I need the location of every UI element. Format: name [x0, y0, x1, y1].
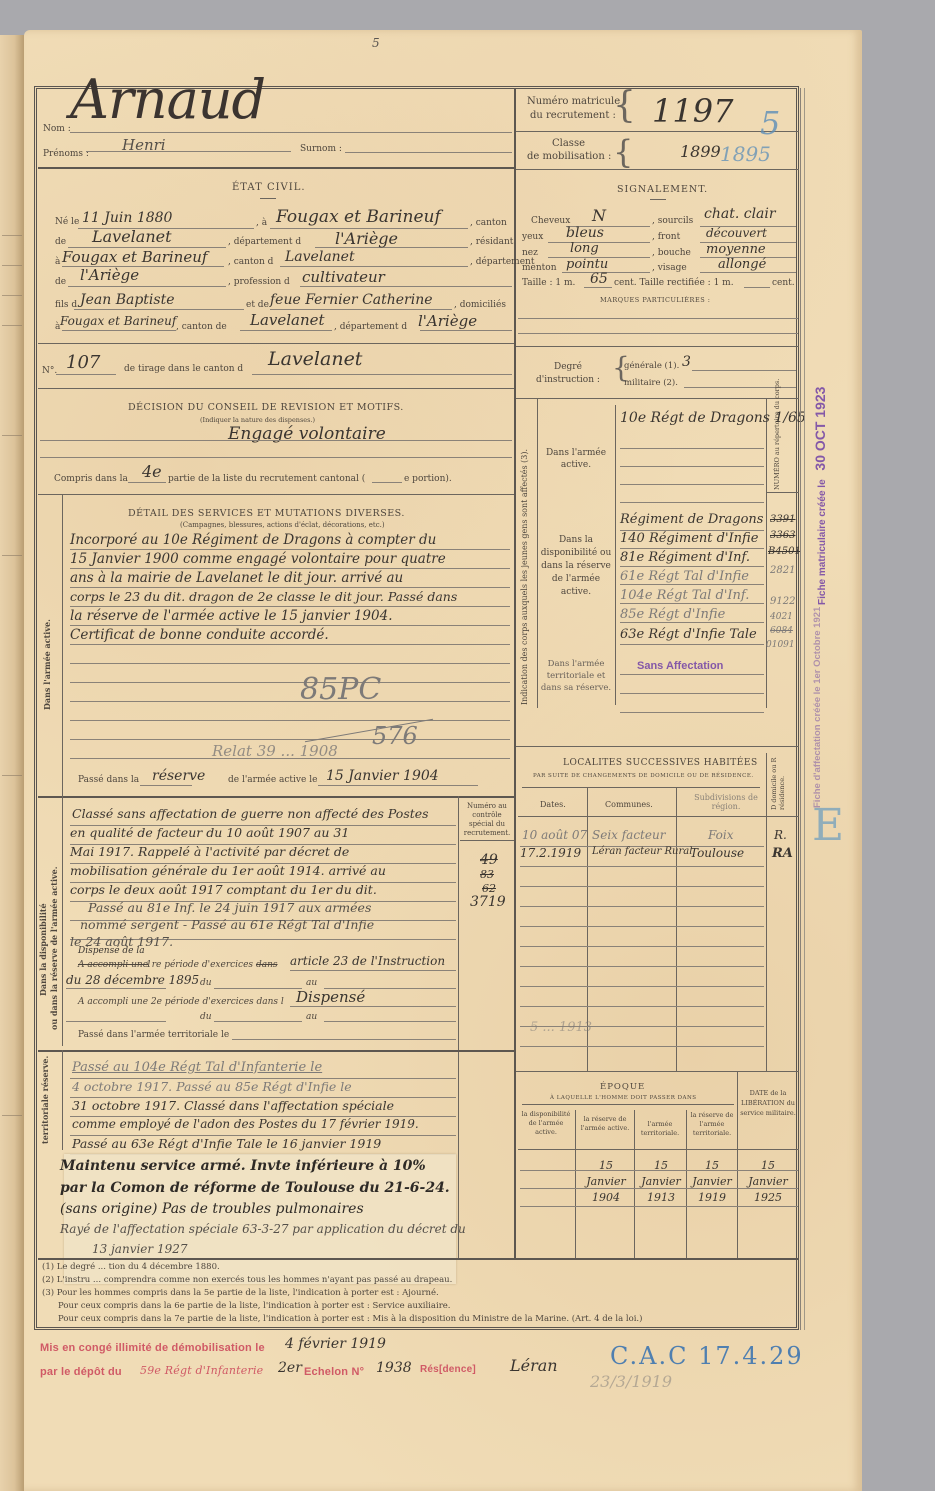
- profession-value: cultivateur: [302, 268, 385, 286]
- controle-value: 83: [480, 868, 494, 881]
- services-title: DÉTAIL DES SERVICES ET MUTATIONS DIVERSE…: [128, 508, 405, 519]
- slip-line: (sans origine) Pas de troubles pulmonair…: [60, 1201, 364, 1217]
- territoriale-line: Passé au 63e Régt d'Infie Tale le 16 jan…: [72, 1136, 381, 1151]
- classe-label-2: de mobilisation :: [527, 151, 611, 162]
- raye-line: Rayé de l'affectation spéciale 63-3-27 p…: [60, 1222, 466, 1236]
- departement-naissance-value: l'Ariège: [335, 229, 398, 248]
- periode1-value: article 23 de l'Instruction: [290, 954, 445, 968]
- departement-residence-value: l'Ariège: [80, 266, 139, 284]
- taille-value: 65: [590, 271, 608, 287]
- corps-numero: B4501: [768, 546, 801, 557]
- echelon-label: Echelon N°: [304, 1366, 364, 1378]
- controle-value: 3719: [470, 894, 506, 910]
- residence-value: Léran: [510, 1356, 558, 1375]
- territoriale-line: comme employé de l'adon des Postes du 17…: [72, 1117, 419, 1131]
- lieu-naissance-value: Fougax et Barineuf: [276, 207, 441, 227]
- nom-label: Nom :: [43, 124, 71, 134]
- epoque-header: DATE de la LIBÉRATION du service militai…: [740, 1088, 796, 1118]
- disponibilite-line: mobilisation générale du 1er août 1914. …: [70, 863, 386, 878]
- footnote: (1) Le degré ... tion du 4 décembre 1880…: [42, 1262, 220, 1272]
- blue-letter-mark: E: [812, 800, 844, 851]
- echelon-value: 2er: [278, 1360, 302, 1376]
- footnote: Pour ceux compris dans la 7e partie de l…: [58, 1314, 642, 1324]
- bouche-value: moyenne: [706, 242, 766, 257]
- raye-line: 13 janvier 1927: [92, 1242, 188, 1256]
- territoriale-line: 31 octobre 1917. Classé dans l'affectati…: [72, 1098, 394, 1113]
- passe-reserve-value: réserve: [152, 768, 205, 784]
- epoque-value: 15 Janvier 1904: [578, 1158, 634, 1206]
- disponibilite-side-label-2: ou dans la réserve de l'armée active.: [49, 866, 59, 1030]
- controle-value: 49: [480, 852, 498, 868]
- left-page-edge: [0, 35, 24, 1491]
- corps-disponibilite-value: 63e Régt d'Infie Tale: [620, 627, 757, 642]
- classe-blue-mark: 5: [760, 104, 780, 142]
- services-line: Incorporé au 10e Régiment de Dragons à c…: [70, 532, 436, 548]
- residence-label: Rés[dence]: [420, 1364, 476, 1375]
- epoque-title: ÉPOQUE: [600, 1082, 645, 1092]
- pencil-note: Relat 39 ... 1908: [212, 742, 338, 760]
- slip-line: par la Comon de réforme de Toulouse du 2…: [60, 1180, 450, 1196]
- services-line: 15 Janvier 1900 comme engagé volontaire …: [70, 551, 446, 567]
- pencil-note: 85PC: [300, 672, 381, 707]
- epoque-value: 15 Janvier 1913: [634, 1158, 688, 1206]
- localites-header: Dates.: [540, 800, 566, 809]
- corps-active-value: 10e Régt de Dragons 1/65: [620, 410, 806, 426]
- localites-header: D domicile ou R résidence.: [770, 754, 786, 810]
- disponibilite-line: Classé sans affectation de guerre non af…: [72, 806, 429, 821]
- corps-active-label: Dans l'armée active.: [540, 447, 612, 471]
- periode1-value-2: du 28 décembre 1895: [66, 973, 199, 987]
- domicile-parents-value: Fougax et Barineuf: [60, 314, 176, 328]
- pere-value: Jean Baptiste: [80, 292, 175, 308]
- disponibilite-line: Mai 1917. Rappelé à l'activité par décre…: [70, 844, 349, 859]
- matricule-value: 1197: [652, 92, 733, 130]
- nez-value: long: [570, 241, 599, 256]
- surnom-label: Surnom :: [300, 144, 342, 154]
- departement-parents-value: l'Ariège: [418, 312, 477, 330]
- front-value: découvert: [706, 226, 767, 240]
- footnote: (2) L'instru ... comprendra comme non ex…: [42, 1275, 452, 1285]
- tirage-numero-value: 107: [66, 352, 100, 373]
- corps-numero: 4021: [770, 612, 793, 622]
- services-line: la réserve de l'armée active le 15 janvi…: [70, 608, 392, 624]
- services-line: Certificat de bonne conduite accordé.: [70, 627, 329, 643]
- demobilisation-date: 4 février 1919: [285, 1336, 386, 1352]
- corps-numero: 9122: [770, 596, 795, 607]
- disponibilite-line: corps le deux août 1917 comptant du 1er …: [70, 882, 377, 897]
- cheveux-value: N: [592, 206, 606, 225]
- corps-numero: 3363: [770, 530, 795, 541]
- fiche-matricule-stamp: Fiche matriculaire créée le 30 OCT 1923: [812, 387, 828, 605]
- localites-header: Communes.: [605, 800, 653, 809]
- corps-disponibilite-value: 104e Régt Tal d'Inf.: [620, 588, 749, 603]
- controle-header: Numéro au contrôle spécial du recrutemen…: [463, 802, 511, 838]
- epoque-header: la réserve de l'armée territoriale.: [686, 1111, 738, 1138]
- canton-naissance-value: Lavelanet: [92, 227, 172, 246]
- services-line: corps le 23 du dit. dragon de 2e classe …: [70, 589, 457, 604]
- epoque-header: la réserve de l'armée active.: [576, 1115, 634, 1133]
- corps-territoriale-label: Dans l'armée territoriale et dans sa rés…: [540, 658, 612, 694]
- pencil-date: 23/3/1919: [590, 1372, 672, 1391]
- top-mark: 5: [372, 36, 380, 50]
- footnote: (3) Pour les hommes compris dans la 5e p…: [42, 1288, 439, 1298]
- corps-numero: 3391: [770, 514, 795, 525]
- sourcils-value: chat. clair: [704, 206, 776, 222]
- classe-label-1: Classe: [552, 138, 585, 149]
- ne-le-label: Né le: [55, 217, 79, 227]
- yeux-value: bleus: [566, 225, 604, 241]
- footnote: Pour ceux compris dans la 6e partie de l…: [58, 1301, 451, 1311]
- tirage-canton-value: Lavelanet: [268, 348, 362, 370]
- etat-civil-title: ÉTAT CIVIL.: [232, 182, 306, 193]
- classe-blue-value: 1895: [720, 142, 771, 166]
- residence-value: Fougax et Barineuf: [62, 248, 207, 266]
- corps-side-label: Indication des corps auxquels les jeunes…: [520, 449, 529, 705]
- fiche-affectation-stamp: Fiche d'affectation créée le 1er Octobre…: [812, 607, 823, 808]
- services-side-label: Dans l'armée active.: [42, 619, 52, 710]
- corps-disponibilite-value: 85e Régt d'Infie: [620, 607, 725, 622]
- prenoms-label: Prénoms :: [43, 149, 89, 159]
- territoriale-line: 4 octobre 1917. Passé au 85e Régt d'Infi…: [72, 1079, 352, 1094]
- decision-value: Engagé volontaire: [228, 424, 386, 444]
- visage-value: allongé: [718, 257, 766, 272]
- localites-header: Subdivisions de région.: [690, 793, 762, 811]
- nom-value: Arnaud: [70, 68, 265, 131]
- disponibilite-line: Passé au 81e Inf. le 24 juin 1917 aux ar…: [88, 900, 371, 915]
- epoque-value: 15 Janvier 1925: [740, 1158, 796, 1206]
- depot-regiment: 59e Régt d'Infanterie: [140, 1364, 263, 1377]
- territoriale-side-label: territoriale réserve.: [40, 1056, 50, 1144]
- services-line: ans à la mairie de Lavelanet le dit jour…: [70, 570, 403, 586]
- corps-numero: 6084: [770, 626, 793, 636]
- corps-numero-label: NUMÉRO au répertoire du corps.: [773, 379, 781, 490]
- canton-residence-value: Lavelanet: [285, 249, 355, 265]
- corps-disponibilite-value: 81e Régiment d'Inf.: [620, 550, 750, 565]
- epoque-header: l'armée territoriale.: [634, 1120, 686, 1138]
- matricule-label-1: Numéro matricule: [527, 96, 620, 107]
- sans-affectation-stamp: Sans Affectation: [637, 660, 723, 672]
- slip-line: Maintenu service armé. Invte inférieure …: [60, 1158, 426, 1174]
- mere-value: feue Fernier Catherine: [270, 292, 433, 308]
- corps-disponibilite-label: Dans la disponibilité ou dans la réserve…: [540, 534, 612, 599]
- classe-value: 1899: [680, 142, 721, 161]
- corps-disponibilite-value: 61e Régt Tal d'Infie: [620, 569, 749, 584]
- territoriale-line: Passé au 104e Régt Tal d'Infanterie le: [72, 1060, 322, 1075]
- disponibilite-side-label-1: Dans la disponibilité: [38, 903, 48, 996]
- disponibilite-line: nommé sergent - Passé au 61e Régt Tal d'…: [80, 917, 374, 932]
- cac-annotation: C.A.C 17.4.29: [610, 1342, 804, 1370]
- menton-value: pointu: [566, 257, 608, 272]
- localites-pencil-note: 5 ... 1913: [530, 1020, 592, 1035]
- epoque-header: la disponibilité de l'armée active.: [518, 1110, 574, 1137]
- corps-numero: 2821: [770, 565, 795, 576]
- signalement-title: SIGNALEMENT.: [617, 184, 708, 195]
- canton-parents-value: Lavelanet: [250, 311, 325, 329]
- matricule-label-2: du recrutement :: [530, 110, 616, 121]
- disponibilite-line: en qualité de facteur du 10 août 1907 au…: [70, 825, 349, 840]
- epoque-value: 15 Janvier 1919: [686, 1158, 738, 1206]
- corps-disponibilite-value: Régiment de Dragons: [620, 512, 763, 527]
- decision-title: DÉCISION DU CONSEIL DE REVISION ET MOTIF…: [128, 402, 404, 413]
- localites-title: LOCALITES SUCCESSIVES HABITÉES: [563, 758, 758, 768]
- decision-partie-value: 4e: [142, 462, 162, 481]
- corps-disponibilite-value: 140 Régiment d'Infie: [620, 531, 758, 546]
- prenoms-value: Henri: [122, 136, 166, 154]
- echelon-numero: 1938: [376, 1360, 412, 1376]
- instruction-generale-value: 3: [682, 354, 691, 370]
- periode2-value: Dispensé: [296, 988, 365, 1006]
- ne-le-value: 11 Juin 1880: [82, 210, 172, 226]
- passe-date-value: 15 Janvier 1904: [326, 768, 439, 784]
- depot-label: par le dépôt du: [40, 1366, 122, 1378]
- demobilisation-label: Mis en congé illimité de démobilisation …: [40, 1342, 265, 1354]
- corps-numero: 01091: [766, 640, 795, 650]
